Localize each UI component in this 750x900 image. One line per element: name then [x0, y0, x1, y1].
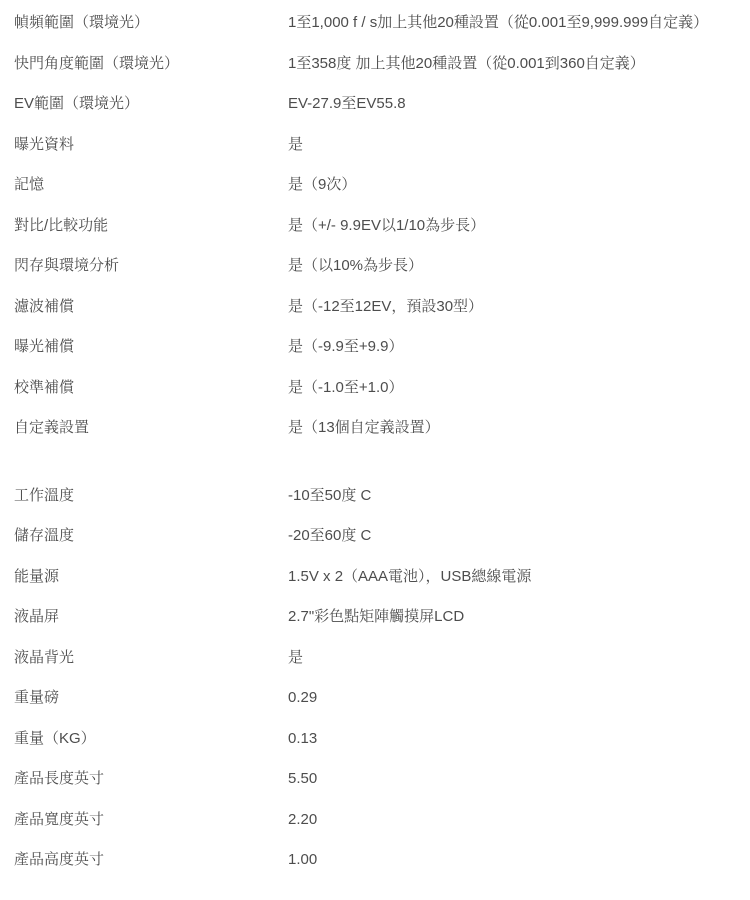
spec-value: 2.7"彩色點矩陣觸摸屏LCD — [288, 607, 740, 626]
spec-value: 1至358度 加上其他20種設置（從0.001到360自定義） — [288, 54, 740, 73]
spec-value: 是（-12至12EV，預設30型） — [288, 297, 740, 316]
spec-value: 0.29 — [288, 688, 740, 707]
section-gap — [14, 459, 740, 486]
spec-row: 產品長度英寸 5.50 — [14, 769, 740, 810]
spec-row: 自定義設置 是（13個自定義設置） — [14, 418, 740, 459]
spec-row: 快門角度範圍（環境光） 1至358度 加上其他20種設置（從0.001到360自… — [14, 54, 740, 95]
spec-value: 是（+/- 9.9EV以1/10為步長） — [288, 216, 740, 235]
spec-row: 重量（KG） 0.13 — [14, 729, 740, 770]
spec-row: EV範圍（環境光） EV-27.9至EV55.8 — [14, 94, 740, 135]
spec-value: 1.5V x 2（AAA電池），USB總線電源 — [288, 567, 740, 586]
spec-row: 幀頻範圍（環境光） 1至1,000 f / s加上其他20種設置（從0.001至… — [14, 13, 740, 54]
spec-table: 幀頻範圍（環境光） 1至1,000 f / s加上其他20種設置（從0.001至… — [0, 0, 750, 891]
spec-value: 1至1,000 f / s加上其他20種設置（從0.001至9,999.999自… — [288, 13, 740, 32]
spec-label: 記憶 — [14, 175, 288, 194]
spec-label: 產品長度英寸 — [14, 769, 288, 788]
spec-row: 校準補償 是（-1.0至+1.0） — [14, 378, 740, 419]
spec-label: EV範圍（環境光） — [14, 94, 288, 113]
spec-value: 是（-9.9至+9.9） — [288, 337, 740, 356]
spec-row: 閃存與環境分析 是（以10%為步長） — [14, 256, 740, 297]
spec-label: 儲存溫度 — [14, 526, 288, 545]
spec-row: 記憶 是（9次） — [14, 175, 740, 216]
spec-label: 曝光補償 — [14, 337, 288, 356]
spec-value: 是 — [288, 135, 740, 154]
spec-row: 濾波補償 是（-12至12EV，預設30型） — [14, 297, 740, 338]
spec-value: 是（-1.0至+1.0） — [288, 378, 740, 397]
spec-label: 對比/比較功能 — [14, 216, 288, 235]
spec-value: 是（13個自定義設置） — [288, 418, 740, 437]
spec-label: 液晶背光 — [14, 648, 288, 667]
spec-row: 產品高度英寸 1.00 — [14, 850, 740, 891]
spec-value: 0.13 — [288, 729, 740, 748]
spec-value: 是 — [288, 648, 740, 667]
spec-label: 幀頻範圍（環境光） — [14, 13, 288, 32]
spec-value: -20至60度 C — [288, 526, 740, 545]
spec-label: 重量磅 — [14, 688, 288, 707]
spec-label: 快門角度範圍（環境光） — [14, 54, 288, 73]
spec-row: 能量源 1.5V x 2（AAA電池），USB總線電源 — [14, 567, 740, 608]
spec-value: 5.50 — [288, 769, 740, 788]
spec-value: 1.00 — [288, 850, 740, 869]
spec-row: 曝光補償 是（-9.9至+9.9） — [14, 337, 740, 378]
spec-label: 能量源 — [14, 567, 288, 586]
spec-value: -10至50度 C — [288, 486, 740, 505]
spec-label: 重量（KG） — [14, 729, 288, 748]
spec-value: 2.20 — [288, 810, 740, 829]
spec-label: 校準補償 — [14, 378, 288, 397]
spec-label: 產品高度英寸 — [14, 850, 288, 869]
spec-label: 液晶屏 — [14, 607, 288, 626]
spec-label: 濾波補償 — [14, 297, 288, 316]
spec-value: EV-27.9至EV55.8 — [288, 94, 740, 113]
spec-row: 重量磅 0.29 — [14, 688, 740, 729]
spec-label: 閃存與環境分析 — [14, 256, 288, 275]
spec-row: 工作溫度 -10至50度 C — [14, 486, 740, 527]
spec-value: 是（9次） — [288, 175, 740, 194]
spec-label: 自定義設置 — [14, 418, 288, 437]
spec-row: 儲存溫度 -20至60度 C — [14, 526, 740, 567]
spec-label: 曝光資料 — [14, 135, 288, 154]
spec-value: 是（以10%為步長） — [288, 256, 740, 275]
spec-row: 產品寬度英寸 2.20 — [14, 810, 740, 851]
spec-row: 液晶屏 2.7"彩色點矩陣觸摸屏LCD — [14, 607, 740, 648]
spec-row: 對比/比較功能 是（+/- 9.9EV以1/10為步長） — [14, 216, 740, 257]
spec-label: 工作溫度 — [14, 486, 288, 505]
spec-row: 曝光資料 是 — [14, 135, 740, 176]
spec-row: 液晶背光 是 — [14, 648, 740, 689]
spec-label: 產品寬度英寸 — [14, 810, 288, 829]
